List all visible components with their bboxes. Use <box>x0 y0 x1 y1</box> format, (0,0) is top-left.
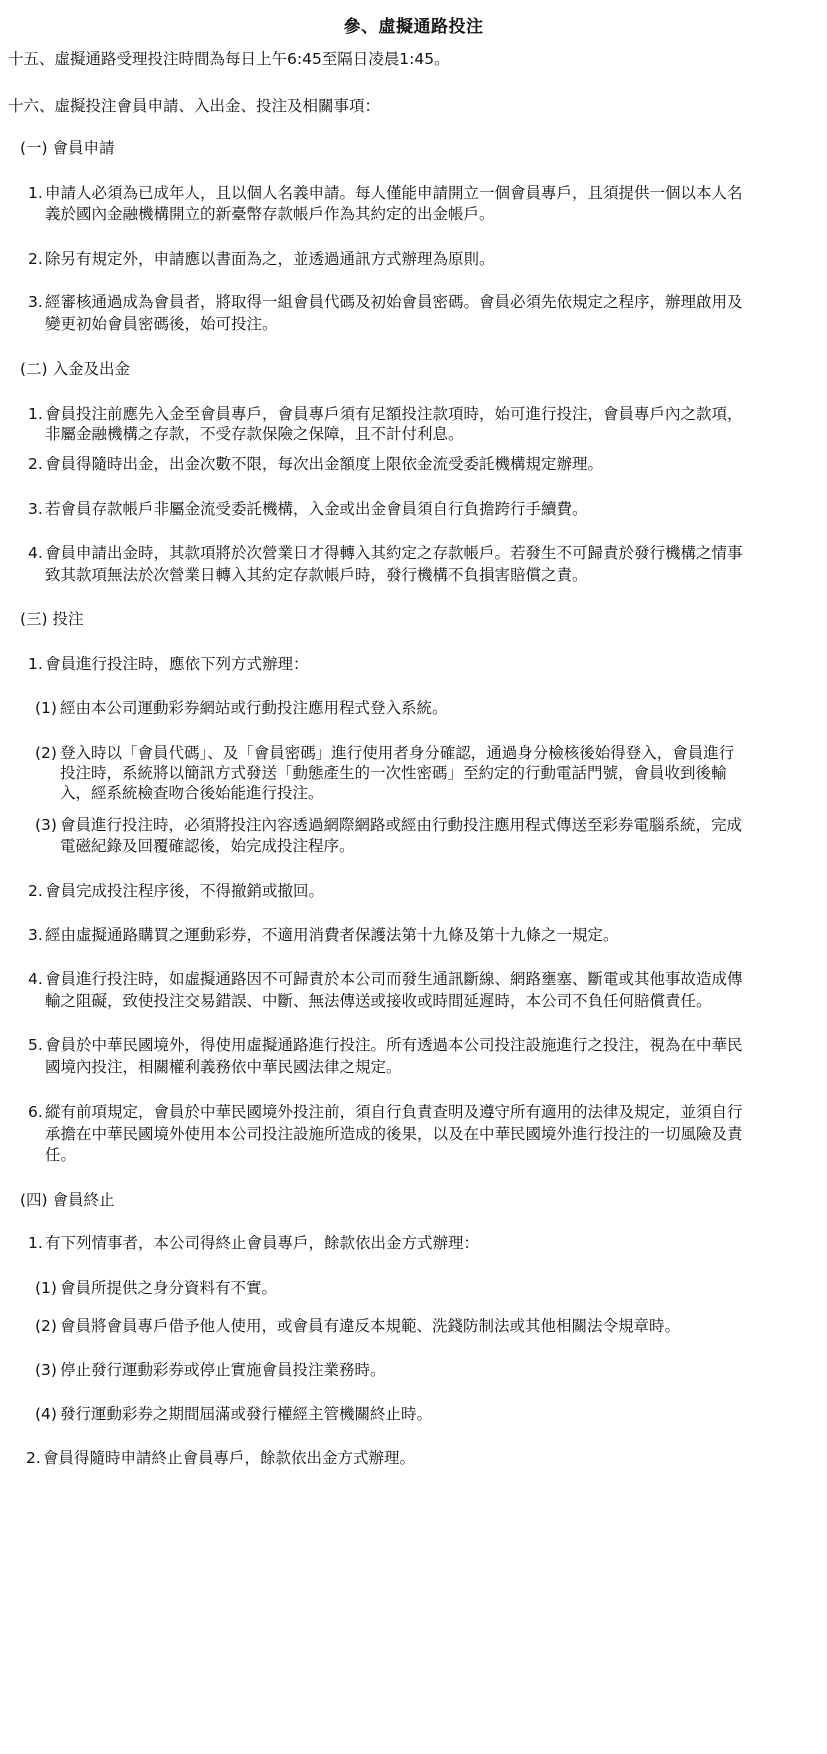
item-text-line: 會員投注前應先入金至會員專戶，會員專戶須有足額投注款項時，始可進行投注，會員專戶… <box>45 404 743 424</box>
subitem-text-line: 發行運動彩券之期間屆滿或發行權經主管機關終止時。 <box>60 1404 432 1424</box>
item-text-line: 會員得隨時申請終止會員專戶，餘款依出金方式辦理。 <box>43 1448 415 1468</box>
item-number: 1. <box>28 1233 43 1253</box>
section-heading: (四) 會員終止 <box>20 1190 115 1210</box>
subitem-text-line: 會員進行投注時，必須將投注內容透過網際網路或經由行動投注應用程式傳送至彩券電腦系… <box>60 815 742 835</box>
item-text-line: 輸之阻礙，致使投注交易錯誤、中斷、無法傳送或接收或時間延遲時，本公司不負任何賠償… <box>45 991 712 1011</box>
subitem-text-line: 會員所提供之身分資料有不實。 <box>60 1278 277 1298</box>
item-number: 2. <box>28 881 43 901</box>
item-text-line: 會員完成投注程序後，不得撤銷或撤回。 <box>45 881 324 901</box>
item-number: 1. <box>28 183 43 203</box>
subitem-number: (3) <box>35 815 57 835</box>
item-text-line: 非屬金融機構之存款，不受存款保險之保障，且不計付利息。 <box>45 424 464 444</box>
item-text-line: 會員進行投注時，應依下列方式辦理： <box>45 654 309 674</box>
subitem-text-line: 電磁紀錄及回覆確認後，始完成投注程序。 <box>60 836 355 856</box>
item-text-line: 除另有規定外，申請應以書面為之，並透過通訊方式辦理為原則。 <box>45 249 495 269</box>
item-text-line: 會員進行投注時，如虛擬通路因不可歸責於本公司而發生通訊斷線、網路壅塞、斷電或其他… <box>45 969 743 989</box>
subitem-text-line: 投注時，系統將以簡訊方式發送「動態產生的一次性密碼」至約定的行動電話門號，會員收… <box>60 763 727 783</box>
item-text-line: 承擔在中華民國境外使用本公司投注設施所造成的後果，以及在中華民國境外進行投注的一… <box>45 1124 743 1144</box>
item-text-line: 任。 <box>45 1145 76 1165</box>
item-number: 2. <box>26 1448 41 1468</box>
article-15: 十五、虛擬通路受理投注時間為每日上午6:45至隔日凌晨1:45。 <box>8 49 450 69</box>
item-text-line: 經審核通過成為會員者，將取得一組會員代碼及初始會員密碼。會員必須先依規定之程序，… <box>45 292 743 312</box>
item-number: 5. <box>28 1035 43 1055</box>
item-number: 4. <box>28 969 43 989</box>
item-text-line: 致其款項無法於次營業日轉入其約定存款帳戶時，發行機構不負損害賠償之責。 <box>45 565 588 585</box>
subitem-number: (2) <box>35 743 57 763</box>
item-text-line: 會員申請出金時，其款項將於次營業日才得轉入其約定之存款帳戶。若發生不可歸責於發行… <box>45 543 743 563</box>
section-heading: (二) 入金及出金 <box>20 359 130 379</box>
item-number: 1. <box>28 654 43 674</box>
subitem-text-line: 停止發行運動彩券或停止實施會員投注業務時。 <box>60 1360 386 1380</box>
item-number: 3. <box>28 925 43 945</box>
subitem-number: (1) <box>35 1278 57 1298</box>
page-title: 參、虛擬通路投注 <box>0 16 827 38</box>
item-text-line: 會員得隨時出金，出金次數不限，每次出金額度上限依金流受委託機構規定辦理。 <box>45 454 603 474</box>
item-number: 3. <box>28 499 43 519</box>
item-text-line: 若會員存款帳戶非屬金流受委託機構，入金或出金會員須自行負擔跨行手續費。 <box>45 499 588 519</box>
item-text-line: 會員於中華民國境外，得使用虛擬通路進行投注。所有透過本公司投注設施進行之投注，視… <box>45 1035 743 1055</box>
item-text-line: 經由虛擬通路購買之運動彩券，不適用消費者保護法第十九條及第十九條之一規定。 <box>45 925 619 945</box>
item-number: 2. <box>28 454 43 474</box>
subitem-number: (2) <box>35 1316 57 1336</box>
item-text-line: 國境內投注，相關權利義務依中華民國法律之規定。 <box>45 1057 402 1077</box>
subitem-number: (1) <box>35 698 57 718</box>
subitem-number: (4) <box>35 1404 57 1424</box>
item-number: 3. <box>28 292 43 312</box>
item-text-line: 變更初始會員密碼後，始可投注。 <box>45 314 278 334</box>
article-16: 十六、虛擬投注會員申請、入出金、投注及相關事項： <box>8 96 380 116</box>
item-number: 1. <box>28 404 43 424</box>
item-text-line: 申請人必須為已成年人，且以個人名義申請。每人僅能申請開立一個會員專戶，且須提供一… <box>45 183 743 203</box>
section-heading: (三) 投注 <box>20 609 84 629</box>
section-heading: (一) 會員申請 <box>20 138 115 158</box>
subitem-text-line: 經由本公司運動彩券網站或行動投注應用程式登入系統。 <box>60 698 448 718</box>
item-text-line: 義於國內金融機構開立的新臺幣存款帳戶作為其約定的出金帳戶。 <box>45 204 495 224</box>
item-text-line: 有下列情事者，本公司得終止會員專戶，餘款依出金方式辦理： <box>45 1233 479 1253</box>
subitem-text-line: 登入時以「會員代碼」、及「會員密碼」進行使用者身分確認，通過身分檢核後始得登入，… <box>60 743 734 763</box>
subitem-number: (3) <box>35 1360 57 1380</box>
document-page: 參、虛擬通路投注 十五、虛擬通路受理投注時間為每日上午6:45至隔日凌晨1:45… <box>0 0 827 1754</box>
subitem-text-line: 會員將會員專戶借予他人使用，或會員有違反本規範、洗錢防制法或其他相關法令規章時。 <box>60 1316 680 1336</box>
item-number: 6. <box>28 1102 43 1122</box>
item-number: 4. <box>28 543 43 563</box>
subitem-text-line: 入，經系統檢查吻合後始能進行投注。 <box>60 783 324 803</box>
item-text-line: 縱有前項規定，會員於中華民國境外投注前，須自行負責查明及遵守所有適用的法律及規定… <box>45 1102 743 1122</box>
item-number: 2. <box>28 249 43 269</box>
